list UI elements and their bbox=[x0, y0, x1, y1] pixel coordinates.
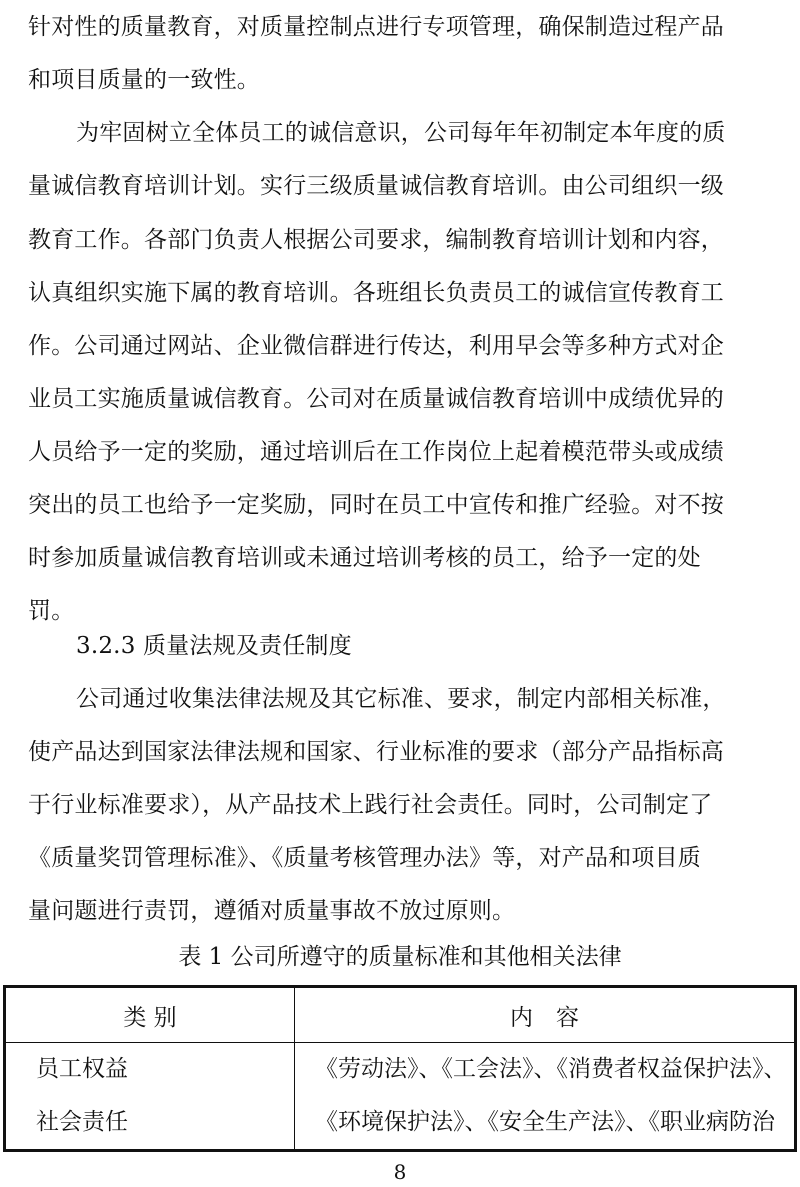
content-line: 《环境保护法》、《安全生产法》、《职业病防治 bbox=[315, 1096, 794, 1149]
paragraph-line: 时参加质量诚信教育培训或未通过培训考核的员工，给予一定的处 bbox=[28, 543, 728, 573]
paragraph-line: 针对性的质量教育，对质量控制点进行专项管理，确保制造过程产品 bbox=[28, 12, 728, 42]
paragraph-line: 业员工实施质量诚信教育。公司对在质量诚信教育培训中成绩优异的 bbox=[28, 384, 728, 414]
paragraph-line: 量诚信教育培训计划。实行三级质量诚信教育培训。由公司组织一级 bbox=[28, 171, 728, 201]
page-number: 8 bbox=[0, 1160, 800, 1184]
content-cell: 《劳动法》、《工会法》、《消费者权益保护法》、 《环境保护法》、《安全生产法》、… bbox=[295, 1043, 796, 1151]
paragraph-line: 为牢固树立全体员工的诚信意识，公司每年年初制定本年度的质 bbox=[76, 118, 776, 148]
paragraph-line: 教育工作。各部门负责人根据公司要求，编制教育培训计划和内容， bbox=[28, 225, 728, 255]
paragraph-line: 突出的员工也给予一定奖励，同时在员工中宣传和推广经验。对不按 bbox=[28, 490, 728, 520]
paragraph-line: 罚。 bbox=[28, 596, 728, 626]
column-header-category: 类 别 bbox=[5, 987, 295, 1043]
paragraph-line: 认真组织实施下属的教育培训。各班组长负责员工的诚信宣传教育工 bbox=[28, 278, 728, 308]
table-header-row: 类 别 内 容 bbox=[5, 987, 796, 1043]
category-label: 员工权益 bbox=[36, 1043, 294, 1096]
paragraph-line: 量问题进行责罚，遵循对质量事故不放过原则。 bbox=[28, 896, 728, 926]
laws-table: 类 别 内 容 员工权益 社会责任 《劳动法》、《工会法》、《消费者权益保护法》… bbox=[3, 985, 797, 1152]
table-caption: 表 1 公司所遵守的质量标准和其他相关法律 bbox=[0, 942, 800, 972]
category-label: 社会责任 bbox=[36, 1096, 294, 1149]
section-heading: 3.2.3 质量法规及责任制度 bbox=[76, 631, 776, 661]
paragraph-line: 公司通过收集法律法规及其它标准、要求，制定内部相关标准， bbox=[76, 684, 776, 714]
table-row: 员工权益 社会责任 《劳动法》、《工会法》、《消费者权益保护法》、 《环境保护法… bbox=[5, 1043, 796, 1151]
column-header-content: 内 容 bbox=[295, 987, 796, 1043]
paragraph-line: 《质量奖罚管理标准》、《质量考核管理办法》等，对产品和项目质 bbox=[28, 843, 728, 873]
paragraph-line: 作。公司通过网站、企业微信群进行传达，利用早会等多种方式对企 bbox=[28, 331, 728, 361]
paragraph-line: 使产品达到国家法律法规和国家、行业标准的要求（部分产品指标高 bbox=[28, 737, 728, 767]
category-cell: 员工权益 社会责任 bbox=[5, 1043, 295, 1151]
paragraph-line: 于行业标准要求），从产品技术上践行社会责任。同时，公司制定了 bbox=[28, 790, 728, 820]
paragraph-line: 和项目质量的一致性。 bbox=[28, 65, 728, 95]
content-line: 《劳动法》、《工会法》、《消费者权益保护法》、 bbox=[315, 1043, 794, 1096]
paragraph-line: 人员给予一定的奖励，通过培训后在工作岗位上起着模范带头或成绩 bbox=[28, 437, 728, 467]
